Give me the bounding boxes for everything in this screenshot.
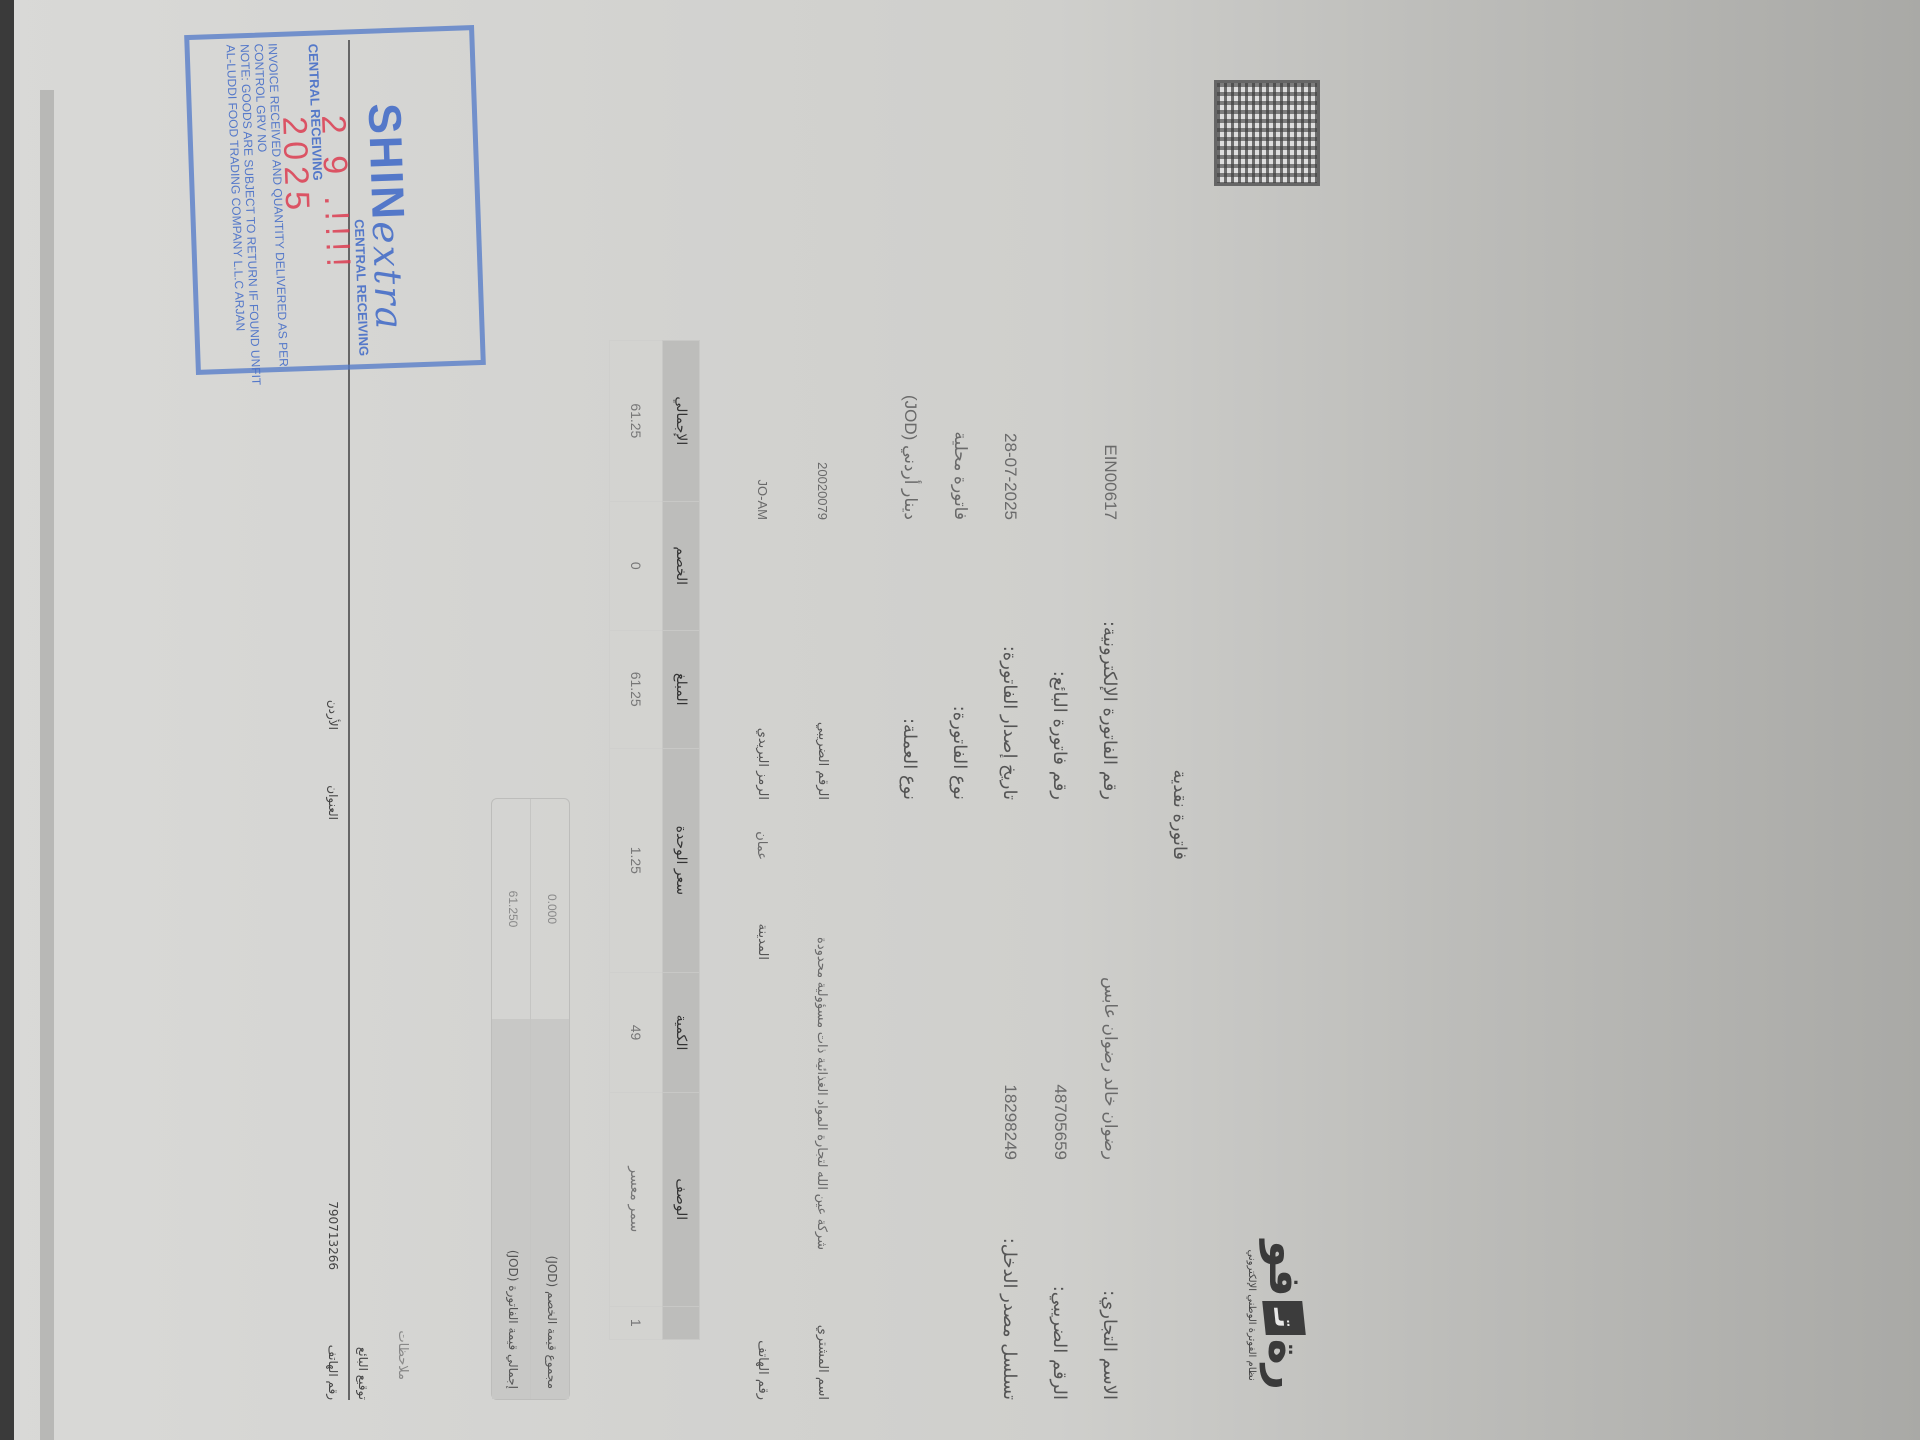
paper-edge-shadow xyxy=(40,90,54,1440)
buyer-national-id: 20020079 xyxy=(815,462,830,520)
invoice-photo: رة تـ فو نظام الفوترة الوطني الإلكتروني … xyxy=(60,0,1920,1440)
logo-icon: تـ xyxy=(1263,1301,1307,1335)
qr-code-icon xyxy=(1214,80,1320,186)
currency-label: نوع العملة: xyxy=(899,718,920,800)
buyer-national-id-label: الرقم الضريبي xyxy=(815,722,830,800)
buyer-name: شركة عين الله لتجارة المواد الغذائية ذات… xyxy=(814,830,830,1250)
col-unit-price: سعر الوحدة xyxy=(663,748,700,972)
e-invoice-number: EIN00617 xyxy=(1100,444,1120,520)
row-amount: 61.25 xyxy=(610,630,663,748)
buyer-postal: JO-AM xyxy=(755,480,770,520)
buyer-city-label: المدينة xyxy=(755,924,770,960)
invoice-total-row: إجمالي قيمة الفاتورة (JOD) 61.250 xyxy=(492,799,530,1399)
invoice-type-label: نوع الفاتورة: xyxy=(949,706,970,800)
footer-address: الأردن xyxy=(326,700,340,730)
e-invoice-label: رقم الفاتورة الإلكترونية: xyxy=(1099,621,1120,800)
invoice-type: فاتورة محلية xyxy=(950,431,970,520)
col-total: الإجمالي xyxy=(663,341,700,502)
income-source: 18298249 xyxy=(1000,1084,1020,1160)
seller-signature-label: توقيع البائع xyxy=(356,1347,370,1400)
row-discount: 0 xyxy=(610,501,663,630)
logo-text: رة xyxy=(1259,1339,1310,1390)
invoice-title: فاتورة نقدية xyxy=(1169,770,1190,860)
footer-address-label: العنوان xyxy=(326,785,340,820)
invoice-page: رة تـ فو نظام الفوترة الوطني الإلكتروني … xyxy=(60,40,1360,1420)
discount-total-label: مجموع قيمة الخصم (JOD) xyxy=(531,1019,569,1399)
buyer-phone-label: رقم الهاتف xyxy=(755,1340,770,1400)
col-description: الوصف xyxy=(663,1093,700,1307)
col-index xyxy=(663,1306,700,1339)
tax-number-label: الرقم الضريبي: xyxy=(1049,1286,1070,1400)
currency: دينار أردني (JOD) xyxy=(900,395,920,520)
photo-edge xyxy=(0,0,14,1440)
table-row: 1 سمر معسر 49 1.25 61.25 0 61.25 xyxy=(610,341,663,1340)
footer-phone: 790713266 xyxy=(326,1201,340,1270)
col-amount: المبلغ xyxy=(663,630,700,748)
tax-number: 48705659 xyxy=(1050,1084,1070,1160)
receiving-stamp: SHINextra 2 9 .!!!! 2025 CENTRAL RECEIVI… xyxy=(184,25,486,375)
notes-label: ملاحظات xyxy=(395,1330,410,1380)
buyer-postal-label: الرمز البريدي xyxy=(755,728,770,800)
discount-total-row: مجموع قيمة الخصم (JOD) 0.000 xyxy=(530,799,569,1399)
trade-name: رضوان خالد رضوان عابس xyxy=(1100,977,1120,1160)
discount-total-value: 0.000 xyxy=(531,799,569,1019)
row-unit-price: 1.25 xyxy=(610,748,663,972)
row-description: سمر معسر xyxy=(610,1093,663,1307)
seller-invoice-label: رقم فاتورة البائع: xyxy=(1049,671,1070,800)
fawtara-logo: رة تـ فو نظام الفوترة الوطني الإلكتروني xyxy=(1246,1240,1310,1390)
trade-name-label: الاسم التجاري: xyxy=(1099,1290,1120,1400)
logo-text-prefix: فو xyxy=(1259,1240,1310,1296)
items-table: الوصف الكمية سعر الوحدة المبلغ الخصم الإ… xyxy=(609,340,700,1340)
invoice-total-value: 61.250 xyxy=(492,799,530,1019)
row-quantity: 49 xyxy=(610,973,663,1093)
logo-subtitle: نظام الفوترة الوطني الإلكتروني xyxy=(1246,1240,1257,1390)
col-discount: الخصم xyxy=(663,501,700,630)
col-quantity: الكمية xyxy=(663,973,700,1093)
income-source-label: تسلسل مصدر الدخل: xyxy=(999,1238,1020,1400)
row-index: 1 xyxy=(610,1306,663,1339)
footer-phone-label: رقم الهاتف xyxy=(326,1345,340,1400)
stamp-note: INVOICE RECEIVED AND QUANTITY DELIVERED … xyxy=(224,43,295,465)
buyer-city: عمان xyxy=(754,831,770,860)
table-header-row: الوصف الكمية سعر الوحدة المبلغ الخصم الإ… xyxy=(663,341,700,1340)
buyer-name-label: اسم المشتري xyxy=(815,1325,830,1400)
invoice-date-label: تاريخ إصدار الفاتورة: xyxy=(999,646,1020,800)
row-total: 61.25 xyxy=(610,341,663,502)
invoice-date: 28-07-2025 xyxy=(1000,433,1020,520)
totals-box: مجموع قيمة الخصم (JOD) 0.000 إجمالي قيمة… xyxy=(491,798,570,1400)
invoice-total-label: إجمالي قيمة الفاتورة (JOD) xyxy=(492,1019,530,1399)
